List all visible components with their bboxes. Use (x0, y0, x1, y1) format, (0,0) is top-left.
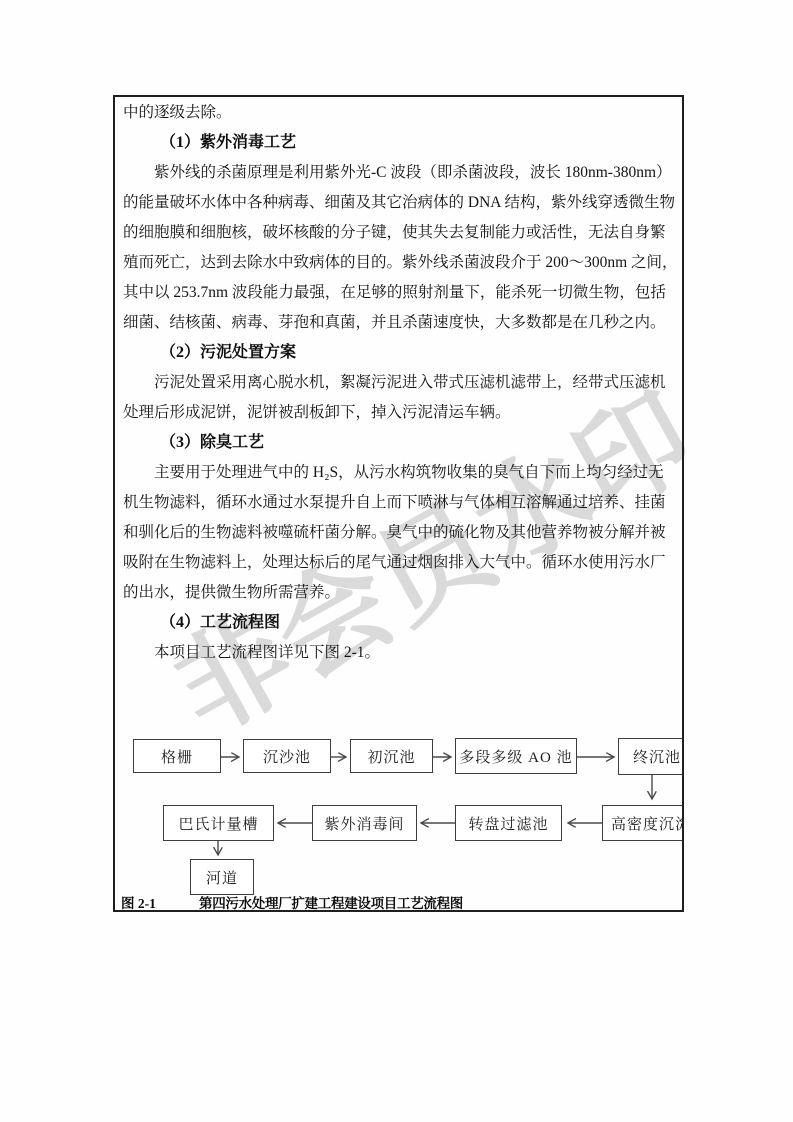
document-table-cell: 中的逐级去除。 （1）紫外消毒工艺 紫外线的杀菌原理是利用紫外光-C 波段（即杀… (113, 95, 684, 912)
flowchart-arrows (115, 97, 682, 910)
document-page: 非会员水印 中的逐级去除。 （1）紫外消毒工艺 紫外线的杀菌原理是利用紫外光-C… (0, 0, 793, 1122)
